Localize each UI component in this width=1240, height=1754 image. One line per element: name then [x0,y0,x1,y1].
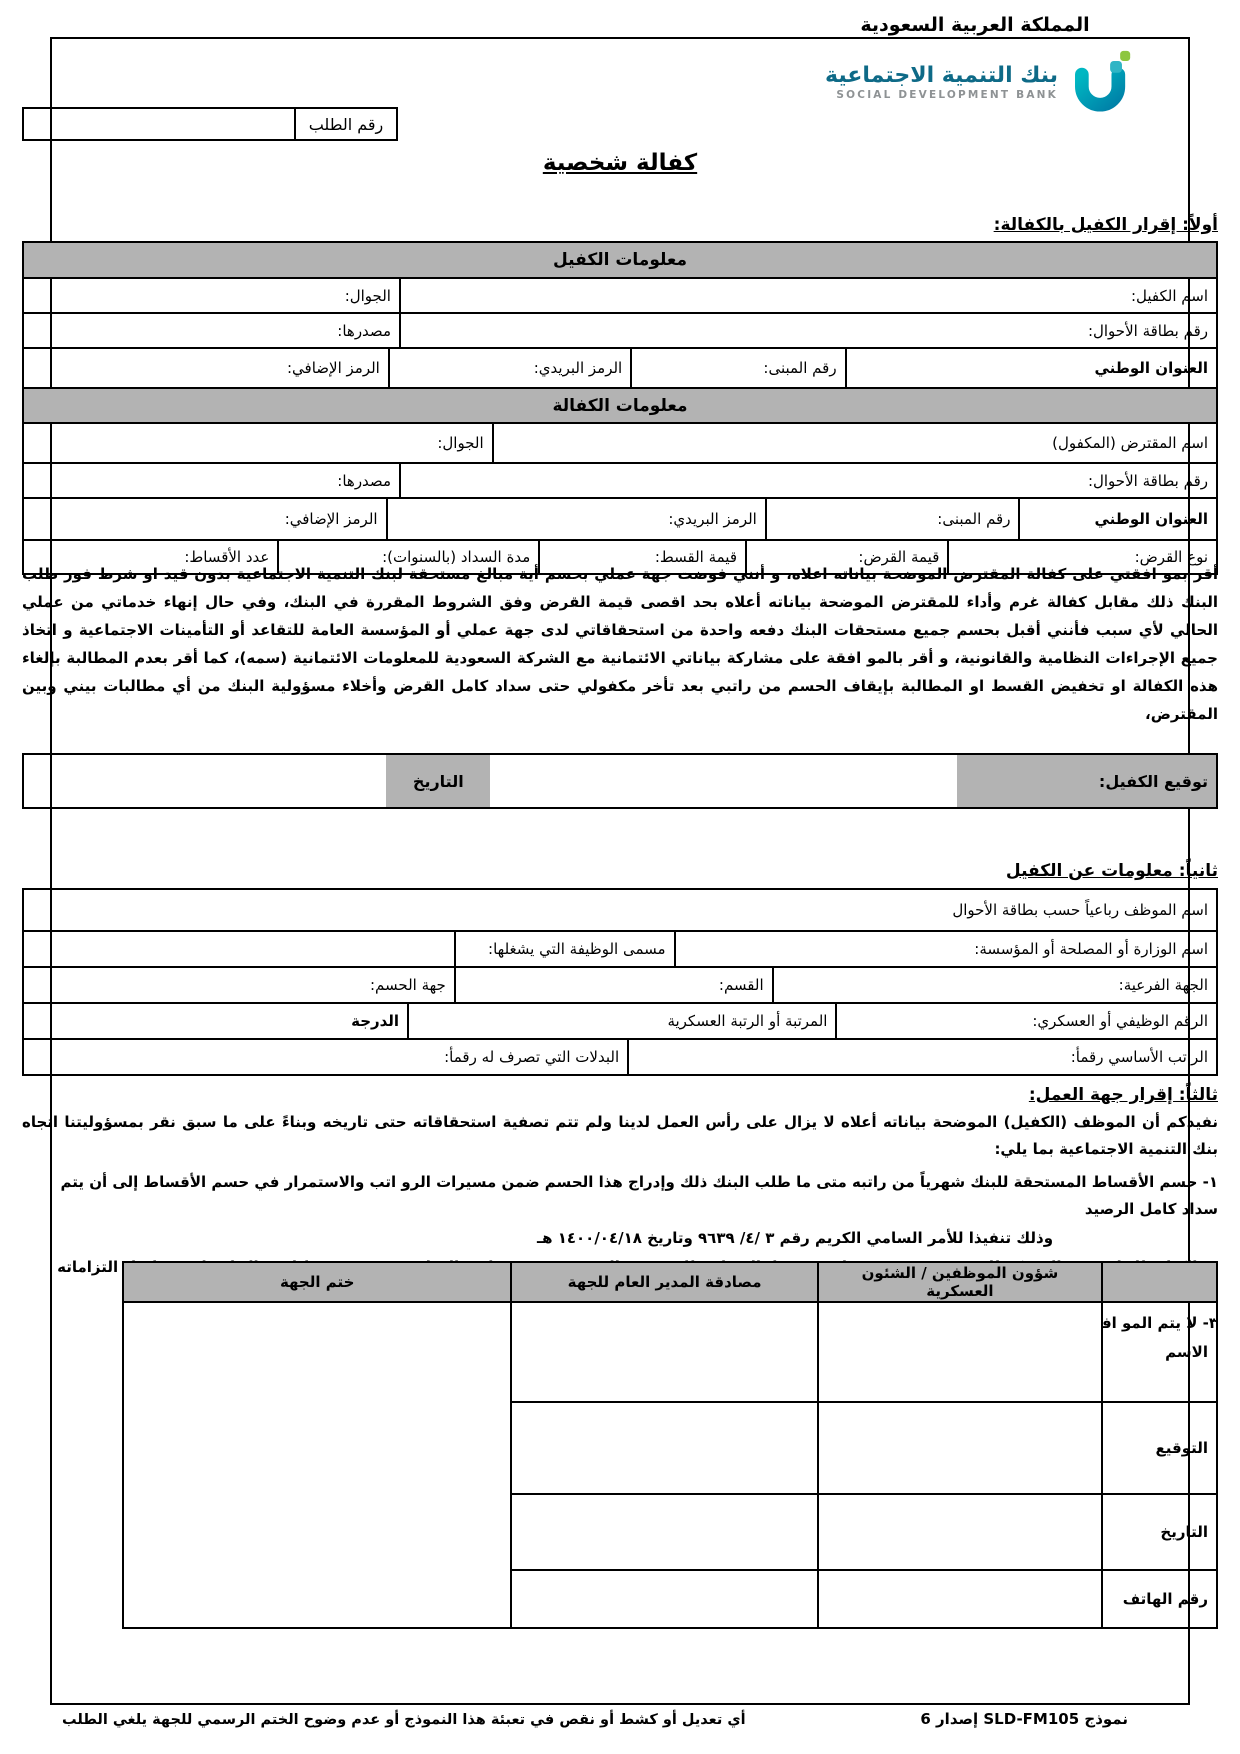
gm-signature-field[interactable] [511,1402,817,1494]
gm-date-field[interactable] [511,1494,817,1570]
guarantor-id-issuer-label: مصدرها: [337,322,391,340]
guarantor-mobile-field[interactable]: الجوال: [24,279,399,312]
guarantor-signature-label: توقيع الكفيل: [1099,772,1208,791]
building-no-label: رقم المبنى: [763,359,836,377]
hr-military-affairs-header: شؤون الموظفين / الشئون العسكرية [818,1262,1102,1302]
guarantor-tables: معلومات الكفيل اسم الكفيل: الجوال: رقم ب… [22,241,1218,575]
table-row: اسم الموظف رباعياً حسب بطاقة الأحوال [24,890,1216,930]
request-number-field[interactable] [24,109,294,139]
table-row: الرقم الوظيفي أو العسكري: المرتبة أو الر… [24,1002,1216,1038]
form-title: كفالة شخصية [0,150,1240,176]
kingdom-title: المملكة العربية السعودية [810,14,1140,36]
employer-declaration-item1: ١- حسم الأقساط المستحقة للبنك شهرياً من … [22,1169,1218,1223]
job-title-field[interactable] [24,932,454,966]
grade-field[interactable]: الدرجة [24,1004,407,1038]
borrower-name-label: اسم المقترض (المكفول) [1052,434,1208,452]
guarantor-declaration-text: أقر بمو افقتي على كفالة المقترض الموضحة … [22,560,1218,728]
date-label: التاريخ [413,772,464,791]
table-row: العنوان الوطني رقم المبنى: الرمز البريدي… [24,497,1216,539]
department-label: القسم: [719,976,764,994]
deduction-entity-label: جهة الحسم: [370,976,446,994]
basic-salary-field[interactable]: الراتب الأساسي رقمأ: [627,1040,1216,1074]
request-number-box: رقم الطلب [22,107,398,141]
guarantor-building-no-field[interactable]: رقم المبنى: [630,349,844,387]
allowances-field[interactable]: البدلات التي تصرف له رقمأ: [24,1040,627,1074]
additional-code-label: الرمز الإضافي: [287,359,380,377]
guarantor-id-label: رقم بطاقة الأحوال: [1088,322,1208,340]
national-address-label: العنوان الوطني [1094,510,1208,528]
guarantor-employment-table: اسم الموظف رباعياً حسب بطاقة الأحوال اسم… [22,888,1218,1076]
table-row: الراتب الأساسي رقمأ: البدلات التي تصرف ل… [24,1038,1216,1074]
guarantor-signature-label-cell: توقيع الكفيل: [957,755,1216,807]
signature-row: توقيع الكفيل: التاريخ [22,753,1218,809]
table-row: العنوان الوطني رقم المبنى: الرمز البريدي… [24,347,1216,387]
section2-heading: ثانياً: معلومات عن الكفيل [1006,861,1218,881]
table-row: الجهة الفرعية: القسم: جهة الحسم: [24,966,1216,1002]
date-label-cell: التاريخ [386,755,490,807]
approval-header-row: شؤون الموظفين / الشئون العسكرية مصادقة ا… [123,1262,1217,1302]
guarantor-national-address-cell: العنوان الوطني [845,349,1216,387]
entity-stamp-area[interactable] [123,1302,511,1628]
borrower-id-issuer-label: مصدرها: [337,472,391,490]
bank-logo: بنك التنمية الاجتماعية SOCIAL DEVELOPMEN… [825,50,1132,116]
sub-entity-field[interactable]: الجهة الفرعية: [772,968,1216,1002]
guarantor-id-field[interactable]: رقم بطاقة الأحوال: [399,314,1216,347]
table-row: اسم الكفيل: الجوال: [24,277,1216,312]
guarantor-signature-field[interactable] [490,755,957,807]
borrower-national-address-cell: العنوان الوطني [1018,499,1216,539]
borrower-name-field[interactable]: اسم المقترض (المكفول) [492,424,1216,462]
guarantor-name-label: اسم الكفيل: [1131,287,1208,305]
additional-code-label: الرمز الإضافي: [285,510,378,528]
guarantee-table-title: معلومات الكفالة [24,389,1216,422]
borrower-building-no-field[interactable]: رقم المبنى: [765,499,1019,539]
guarantor-name-field[interactable]: اسم الكفيل: [399,279,1216,312]
gm-phone-field[interactable] [511,1570,817,1628]
employer-declaration-intro: نفيدكم أن الموظف (الكفيل) الموضحة بيانات… [22,1109,1218,1163]
name-row-label: الاسم [1102,1302,1217,1402]
employee-number-field[interactable]: الرقم الوظيفي أو العسكري: [835,1004,1216,1038]
borrower-id-label: رقم بطاقة الأحوال: [1088,472,1208,490]
borrower-id-issuer-field[interactable]: مصدرها: [24,464,399,497]
deduction-entity-field[interactable]: جهة الحسم: [24,968,454,1002]
bank-logo-text: بنك التنمية الاجتماعية SOCIAL DEVELOPMEN… [825,64,1058,102]
guarantor-table-header-row: معلومات الكفيل [24,243,1216,277]
ministry-name-field[interactable]: اسم الوزارة أو المصلحة أو المؤسسة: [674,932,1216,966]
table-row: اسم الوزارة أو المصلحة أو المؤسسة: مسمى … [24,930,1216,966]
allowances-label: البدلات التي تصرف له رقمأ: [444,1048,619,1066]
table-row: اسم المقترض (المكفول) الجوال: [24,422,1216,462]
national-address-label: العنوان الوطني [1094,359,1208,377]
table-row: رقم بطاقة الأحوال: مصدرها: [24,462,1216,497]
section3-heading: ثالثاً: إقرار جهة العمل: [1029,1085,1218,1105]
borrower-mobile-label: الجوال: [437,434,483,452]
job-title-label-cell: مسمى الوظيفة التي يشغلها: [454,932,674,966]
guarantee-table-header-row: معلومات الكفالة [24,387,1216,422]
bank-name-arabic: بنك التنمية الاجتماعية [825,64,1058,88]
guarantor-mobile-label: الجوال: [345,287,391,305]
table-row: رقم بطاقة الأحوال: مصدرها: [24,312,1216,347]
bank-name-english: SOCIAL DEVELOPMENT BANK [825,90,1058,102]
guarantor-additional-code-field[interactable]: الرمز الإضافي: [24,349,388,387]
borrower-id-field[interactable]: رقم بطاقة الأحوال: [399,464,1216,497]
guarantor-postal-code-field[interactable]: الرمز البريدي: [388,349,630,387]
hr-date-field[interactable] [818,1494,1102,1570]
postal-code-label: الرمز البريدي: [668,510,756,528]
form-page: المملكة العربية السعودية بنك التنمية الا… [0,0,1240,1754]
building-no-label: رقم المبنى: [937,510,1010,528]
employer-declaration-item1-sub: وذلك تنفيذا للأمر السامي الكريم رقم ٣ /٤… [22,1225,1218,1252]
borrower-postal-code-field[interactable]: الرمز البريدي: [386,499,765,539]
approval-header-blank [1102,1262,1217,1302]
request-number-label: رقم الطلب [294,109,396,139]
grade-label: الدرجة [351,1012,399,1030]
signature-date-field[interactable] [24,755,386,807]
sub-entity-label: الجهة الفرعية: [1119,976,1208,994]
hr-name-field[interactable] [818,1302,1102,1402]
rank-field[interactable]: المرتبة أو الرتبة العسكرية [407,1004,835,1038]
ministry-name-label: اسم الوزارة أو المصلحة أو المؤسسة: [974,940,1208,958]
date-row-label: التاريخ [1102,1494,1217,1570]
gm-approval-header: مصادقة المدير العام للجهة [511,1262,817,1302]
rank-label: المرتبة أو الرتبة العسكرية [667,1012,827,1030]
hr-signature-field[interactable] [818,1402,1102,1494]
gm-name-field[interactable] [511,1302,817,1402]
section1-heading: أولاً: إقرار الكفيل بالكفالة: [994,215,1218,235]
department-field[interactable]: القسم: [454,968,772,1002]
borrower-mobile-field[interactable]: الجوال: [24,424,492,462]
guarantor-table-title: معلومات الكفيل [24,243,1216,277]
bank-logo-icon [1070,50,1132,116]
form-code: نموذج SLD-FM105 إصدار 6 [920,1710,1128,1728]
table-row: الاسم [123,1302,1217,1402]
phone-row-label: رقم الهاتف [1102,1570,1217,1628]
hr-phone-field[interactable] [818,1570,1102,1628]
employee-fullname-field[interactable]: اسم الموظف رباعياً حسب بطاقة الأحوال [24,890,1216,930]
guarantor-id-issuer-field[interactable]: مصدرها: [24,314,399,347]
borrower-additional-code-field[interactable]: الرمز الإضافي: [24,499,386,539]
footer-warning: أي تعديل أو كشط أو نقص في تعبئة هذا النم… [62,1712,746,1728]
employer-approval-table: شؤون الموظفين / الشئون العسكرية مصادقة ا… [122,1261,1218,1629]
employee-fullname-label: اسم الموظف رباعياً حسب بطاقة الأحوال [952,901,1208,919]
signature-row-label: التوقيع [1102,1402,1217,1494]
basic-salary-label: الراتب الأساسي رقمأ: [1071,1048,1208,1066]
employee-number-label: الرقم الوظيفي أو العسكري: [1032,1012,1208,1030]
postal-code-label: الرمز البريدي: [534,359,622,377]
job-title-label: مسمى الوظيفة التي يشغلها: [488,940,666,958]
entity-stamp-header: ختم الجهة [123,1262,511,1302]
